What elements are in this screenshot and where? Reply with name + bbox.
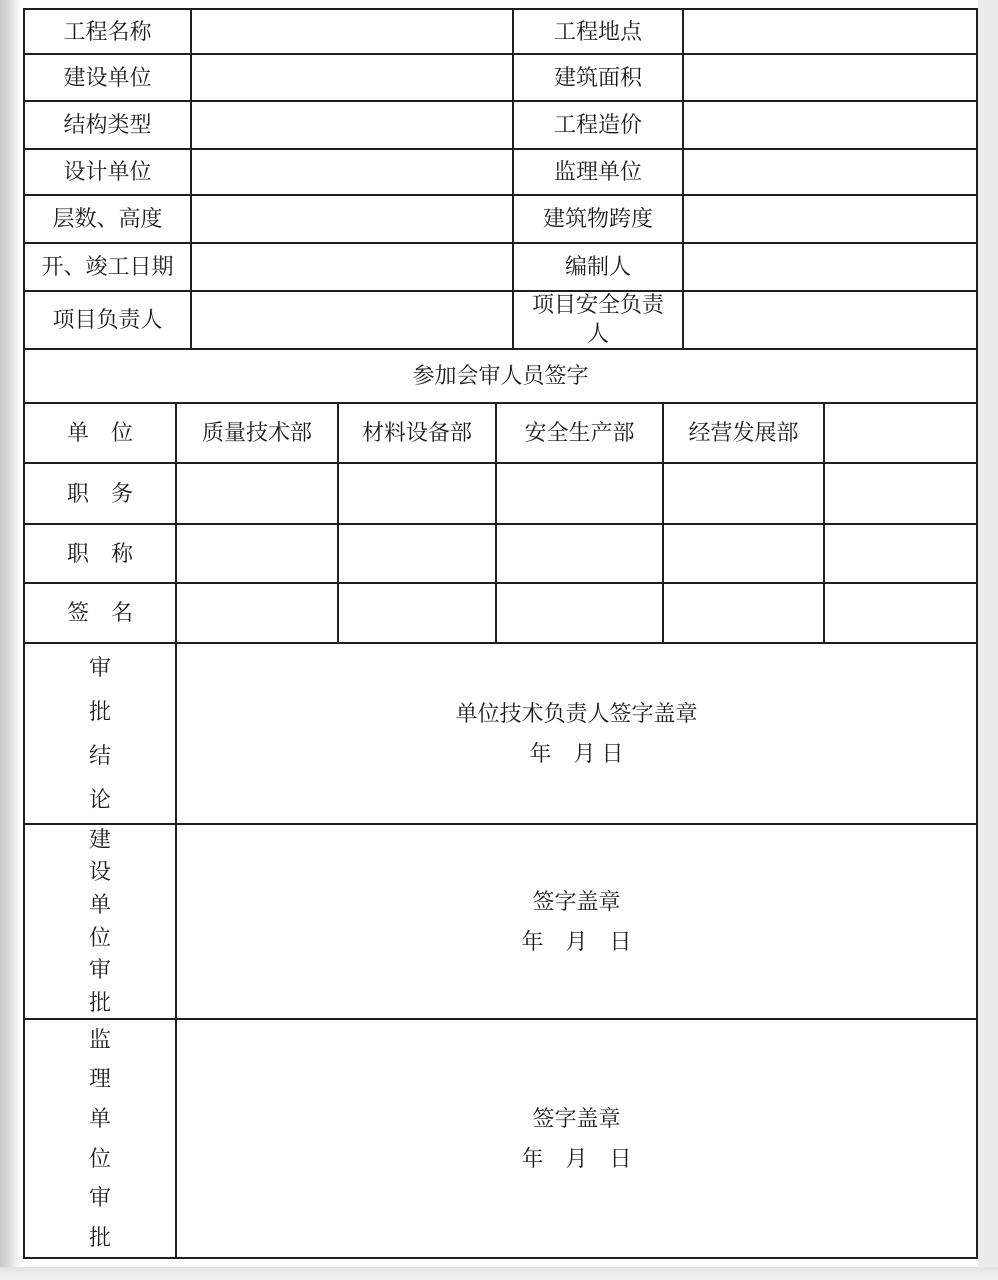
label-project-cost: 工程造价 xyxy=(514,102,684,150)
signature-cell-5 xyxy=(825,584,976,644)
value-design-unit xyxy=(192,150,514,196)
value-project-name xyxy=(192,10,514,55)
dept-quality-tech: 质量技术部 xyxy=(177,404,339,464)
right-margin xyxy=(978,0,998,1280)
label-title: 职 称 xyxy=(25,525,177,584)
label-project-safety-leader: 项目安全负责人 xyxy=(514,292,684,350)
label-supervision-unit: 监理单位 xyxy=(514,150,684,196)
approval-conclusion-section: 审批结论 单位技术负责人签字盖章 年 月 日 xyxy=(25,644,976,825)
value-construction-unit xyxy=(192,55,514,102)
construction-unit-sign-line: 签字盖章 xyxy=(532,888,620,916)
review-signatures-title: 参加会审人员签字 xyxy=(25,350,976,404)
label-unit: 单 位 xyxy=(25,404,177,464)
position-cell-5 xyxy=(825,464,976,525)
dept-extra-blank xyxy=(825,404,976,464)
value-supervision-unit xyxy=(684,150,976,196)
supervision-unit-sign-line: 签字盖章 xyxy=(532,1105,620,1133)
signature-cell-3 xyxy=(497,584,664,644)
signature-cell-1 xyxy=(177,584,339,644)
position-cell-2 xyxy=(339,464,497,525)
value-floors-height xyxy=(192,196,514,244)
label-approval-conclusion: 审批结论 xyxy=(25,644,177,823)
label-construction-unit-approval-text: 建设单位审批 xyxy=(87,825,112,1018)
value-project-safety-leader xyxy=(684,292,976,350)
label-supervision-unit-approval-text: 监理单位审批 xyxy=(87,1020,112,1257)
title-cell-1 xyxy=(177,525,339,584)
title-cell-5 xyxy=(825,525,976,584)
label-compiler: 编制人 xyxy=(514,244,684,292)
project-review-form: 工程名称 工程地点 建设单位 建筑面积 结构类型 工程造价 设计单位 监理单位 … xyxy=(23,8,978,1259)
value-project-location xyxy=(684,10,976,55)
label-supervision-unit-approval: 监理单位审批 xyxy=(25,1020,177,1257)
supervision-unit-date-line: 年 月 日 xyxy=(521,1145,631,1173)
approval-conclusion-date-line: 年 月 日 xyxy=(529,740,623,768)
supervision-unit-approval-body: 签字盖章 年 月 日 xyxy=(177,1020,976,1257)
label-project-leader: 项目负责人 xyxy=(25,292,192,350)
value-building-span xyxy=(684,196,976,244)
signer-grid-section: 单 位 质量技术部 材料设备部 安全生产部 经营发展部 职 务 职 称 签 名 xyxy=(25,404,976,644)
label-design-unit: 设计单位 xyxy=(25,150,192,196)
label-project-location: 工程地点 xyxy=(514,10,684,55)
label-structure-type: 结构类型 xyxy=(25,102,192,150)
approval-conclusion-sign-line: 单位技术负责人签字盖章 xyxy=(455,700,697,728)
label-construction-unit: 建设单位 xyxy=(25,55,192,102)
dept-material-equipment: 材料设备部 xyxy=(339,404,497,464)
label-project-name: 工程名称 xyxy=(25,10,192,55)
label-start-completion-date: 开、竣工日期 xyxy=(25,244,192,292)
value-compiler xyxy=(684,244,976,292)
position-cell-3 xyxy=(497,464,664,525)
dept-safety-production: 安全生产部 xyxy=(497,404,664,464)
dept-business-development: 经营发展部 xyxy=(664,404,825,464)
value-start-completion-date xyxy=(192,244,514,292)
label-signature: 签 名 xyxy=(25,584,177,644)
title-cell-4 xyxy=(664,525,825,584)
label-approval-conclusion-text: 审批结论 xyxy=(87,646,112,822)
value-project-cost xyxy=(684,102,976,150)
label-project-safety-leader-text: 项目安全负责人 xyxy=(530,292,666,349)
approval-conclusion-body: 单位技术负责人签字盖章 年 月 日 xyxy=(177,644,976,823)
scan-edge-shadow xyxy=(0,0,22,1280)
construction-unit-approval-section: 建设单位审批 签字盖章 年 月 日 xyxy=(25,825,976,1020)
label-construction-unit-approval: 建设单位审批 xyxy=(25,825,177,1018)
construction-unit-approval-body: 签字盖章 年 月 日 xyxy=(177,825,976,1018)
label-building-span: 建筑物跨度 xyxy=(514,196,684,244)
signature-cell-2 xyxy=(339,584,497,644)
project-info-section: 工程名称 工程地点 建设单位 建筑面积 结构类型 工程造价 设计单位 监理单位 … xyxy=(25,10,976,350)
review-signatures-header: 参加会审人员签字 xyxy=(25,350,976,404)
title-cell-3 xyxy=(497,525,664,584)
value-structure-type xyxy=(192,102,514,150)
supervision-unit-approval-section: 监理单位审批 签字盖章 年 月 日 xyxy=(25,1020,976,1257)
bottom-margin xyxy=(0,1267,998,1280)
value-project-leader xyxy=(192,292,514,350)
title-cell-2 xyxy=(339,525,497,584)
value-building-area xyxy=(684,55,976,102)
signature-cell-4 xyxy=(664,584,825,644)
construction-unit-date-line: 年 月 日 xyxy=(521,928,631,956)
position-cell-4 xyxy=(664,464,825,525)
scanned-form-page: 工程名称 工程地点 建设单位 建筑面积 结构类型 工程造价 设计单位 监理单位 … xyxy=(0,0,998,1280)
position-cell-1 xyxy=(177,464,339,525)
label-position: 职 务 xyxy=(25,464,177,525)
label-building-area: 建筑面积 xyxy=(514,55,684,102)
label-floors-height: 层数、高度 xyxy=(25,196,192,244)
